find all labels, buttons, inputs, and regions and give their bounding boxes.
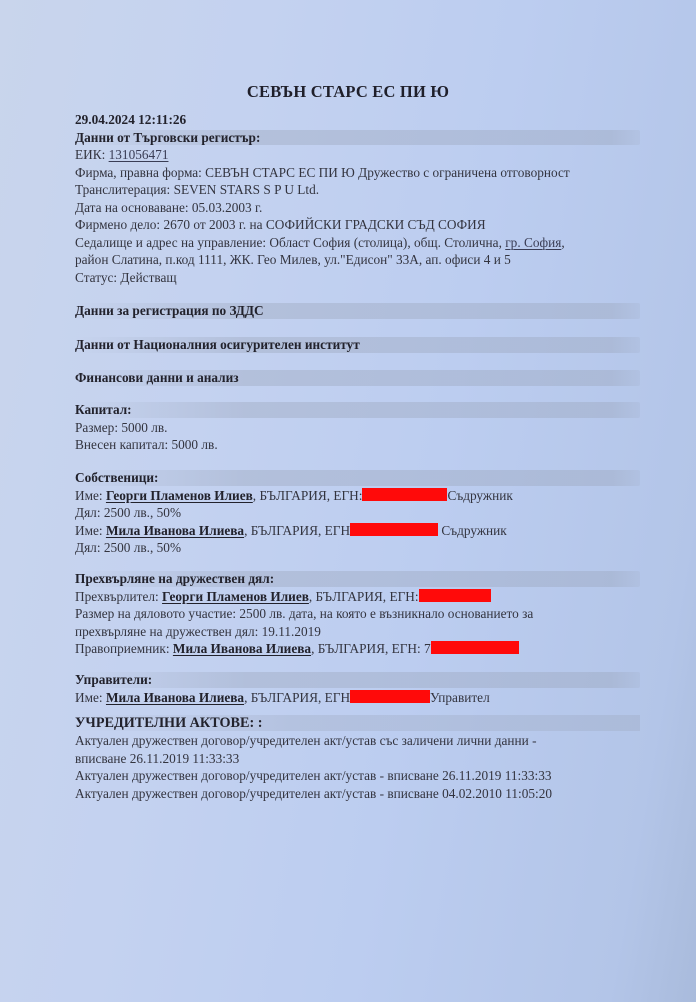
redaction-bar xyxy=(419,589,491,602)
owner-name-link[interactable]: Георги Пламенов Илиев xyxy=(106,488,253,503)
transferor-name-link[interactable]: Георги Пламенов Илиев xyxy=(162,589,309,604)
capital-section: Капитал: Размер: 5000 лв. Внесен капитал… xyxy=(75,401,635,454)
transfer-section: Прехвърляне на дружествен дял: Прехвърли… xyxy=(75,570,635,658)
transliteration-line: Транслитерация: SEVEN STARS S P U Ltd. xyxy=(75,181,635,199)
owner-share: Дял: 2500 лв., 50% xyxy=(75,504,635,522)
manager-row: Име: Мила Иванова Илиева, БЪЛГАРИЯ, ЕГНУ… xyxy=(75,689,635,707)
owner-row: Име: Мила Иванова Илиева, БЪЛГАРИЯ, ЕГН … xyxy=(75,522,635,540)
firm-line: Фирма, правна форма: СЕВЪН СТАРС ЕС ПИ Ю… xyxy=(75,164,635,182)
financial-heading: Финансови данни и анализ xyxy=(75,369,635,387)
redaction-bar xyxy=(350,523,438,536)
nssi-section: Данни от Националния осигурителен инстит… xyxy=(75,336,635,354)
redaction-bar xyxy=(431,641,519,654)
case-line: Фирмено дело: 2670 от 2003 г. на СОФИЙСК… xyxy=(75,216,635,234)
trade-register-section: 29.04.2024 12:11:26 Данни от Търговски р… xyxy=(75,111,635,286)
vat-heading: Данни за регистрация по ЗДДС xyxy=(75,302,635,320)
owner-share: Дял: 2500 лв., 50% xyxy=(75,539,635,557)
transfer-size-line: Размер на дяловото участие: 2500 лв. дат… xyxy=(75,605,635,623)
owners-section: Собственици: Име: Георги Пламенов Илиев,… xyxy=(75,469,635,557)
capital-size: Размер: 5000 лв. xyxy=(75,419,635,437)
transferor-row: Прехвърлител: Георги Пламенов Илиев, БЪЛ… xyxy=(75,588,635,606)
nssi-heading: Данни от Националния осигурителен инстит… xyxy=(75,336,635,354)
founding-act-item[interactable]: Актуален дружествен договор/учредителен … xyxy=(75,732,635,750)
capital-paid: Внесен капитал: 5000 лв. xyxy=(75,436,635,454)
report-timestamp: 29.04.2024 12:11:26 xyxy=(75,111,635,129)
financial-section: Финансови данни и анализ xyxy=(75,369,635,387)
status-line: Статус: Действащ xyxy=(75,269,635,287)
founding-acts-section: УЧРЕДИТЕЛНИ АКТОВЕ: : Актуален дружестве… xyxy=(75,714,635,802)
redaction-bar xyxy=(350,690,430,703)
eik-link[interactable]: 131056471 xyxy=(109,147,169,162)
redaction-bar xyxy=(362,488,447,501)
manager-name-link[interactable]: Мила Иванова Илиева xyxy=(106,690,244,705)
heading-shade xyxy=(75,470,640,486)
heading-shade xyxy=(75,402,640,418)
trade-register-heading: Данни от Търговски регистър: xyxy=(75,129,635,147)
successor-name-link[interactable]: Мила Иванова Илиева xyxy=(173,641,311,656)
transfer-heading: Прехвърляне на дружествен дял: xyxy=(75,570,635,588)
founded-line: Дата на основаване: 05.03.2003 г. xyxy=(75,199,635,217)
managers-heading: Управители: xyxy=(75,671,635,689)
owners-heading: Собственици: xyxy=(75,469,635,487)
successor-row: Правоприемник: Мила Иванова Илиева, БЪЛГ… xyxy=(75,640,635,658)
owner-row: Име: Георги Пламенов Илиев, БЪЛГАРИЯ, ЕГ… xyxy=(75,487,635,505)
founding-act-item[interactable]: вписване 26.11.2019 11:33:33 xyxy=(75,750,635,768)
managers-section: Управители: Име: Мила Иванова Илиева, БЪ… xyxy=(75,671,635,706)
founding-act-item[interactable]: Актуален дружествен договор/учредителен … xyxy=(75,767,635,785)
transfer-size-line-2: прехвърляне на дружествен дял: 19.11.201… xyxy=(75,623,635,641)
document-page: СЕВЪН СТАРС ЕС ПИ Ю 29.04.2024 12:11:26 … xyxy=(0,0,696,1002)
document-title: СЕВЪН СТАРС ЕС ПИ Ю xyxy=(0,82,696,102)
founding-act-item[interactable]: Актуален дружествен договор/учредителен … xyxy=(75,785,635,803)
capital-heading: Капитал: xyxy=(75,401,635,419)
heading-shade xyxy=(75,672,640,688)
city-link[interactable]: гр. София xyxy=(505,235,561,250)
owner-name-link[interactable]: Мила Иванова Илиева xyxy=(106,523,244,538)
address-line: Седалище и адрес на управление: Област С… xyxy=(75,234,635,252)
founding-acts-heading: УЧРЕДИТЕЛНИ АКТОВЕ: : xyxy=(75,714,635,732)
address-line-2: район Слатина, п.код 1111, ЖК. Гео Милев… xyxy=(75,251,635,269)
eik-line: ЕИК: 131056471 xyxy=(75,146,635,164)
vat-section: Данни за регистрация по ЗДДС xyxy=(75,302,635,320)
